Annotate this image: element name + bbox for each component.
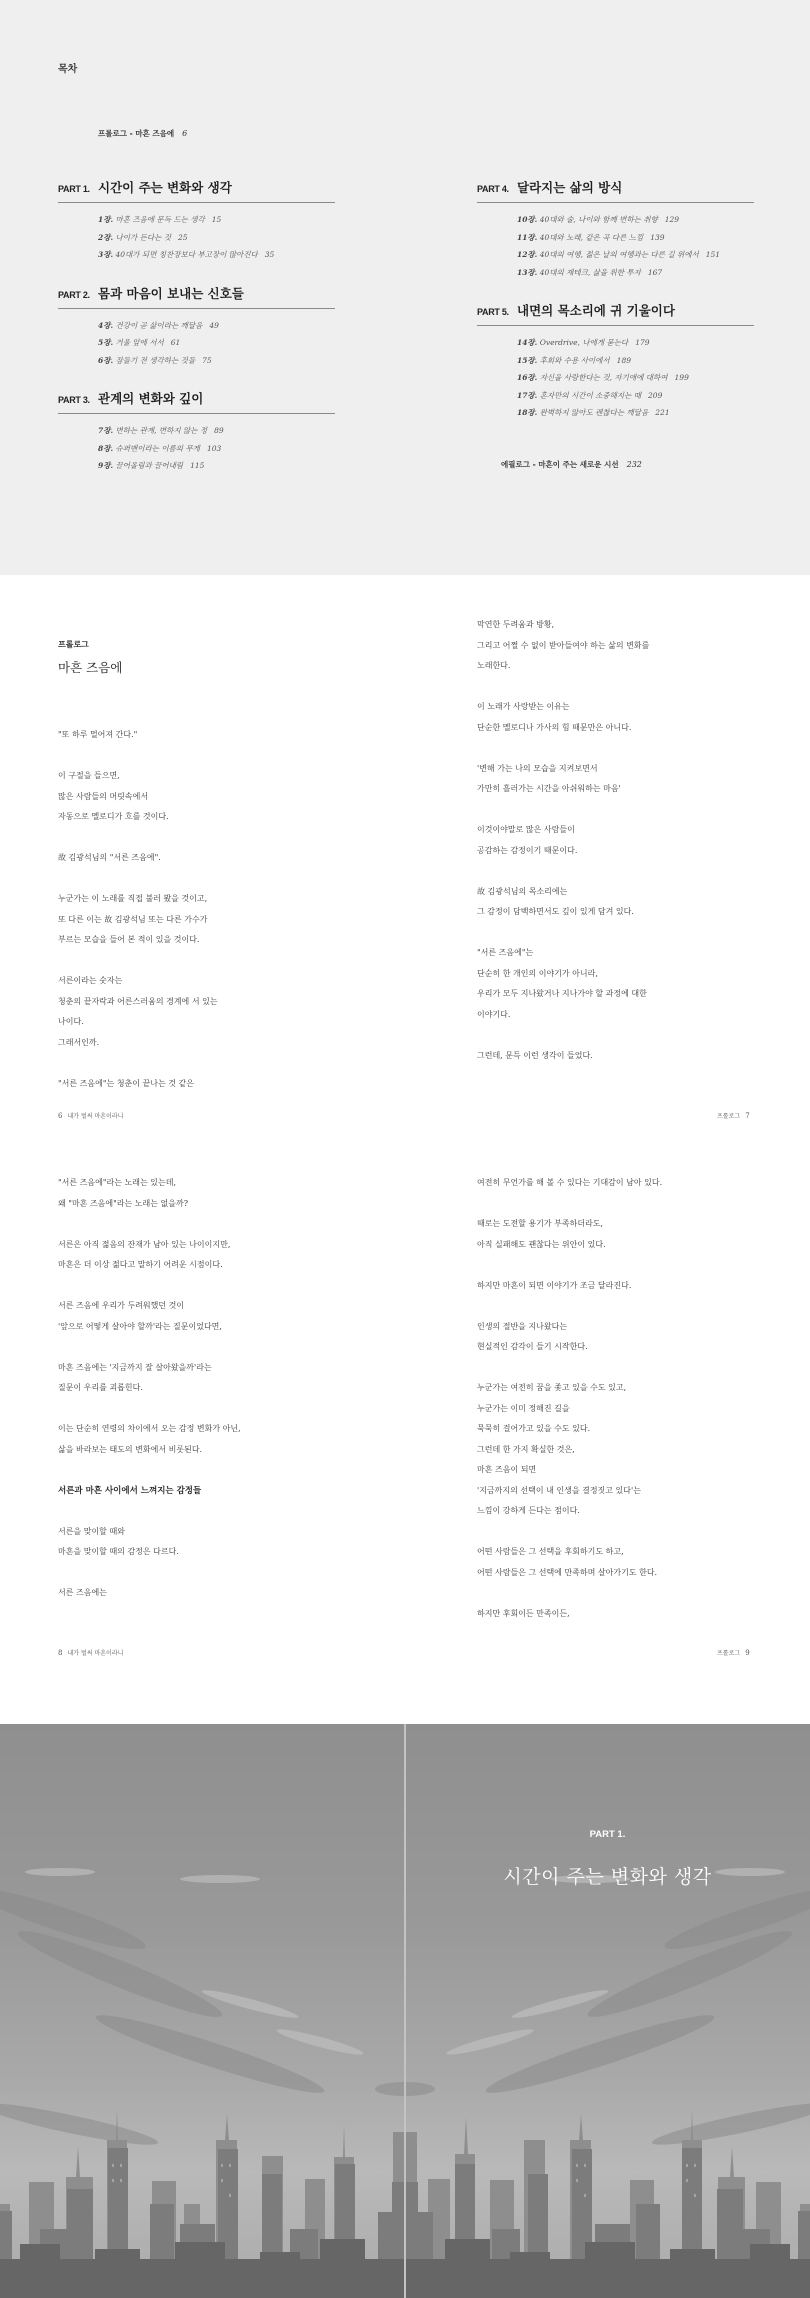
- chapter-page: 25: [178, 233, 188, 242]
- page-9: 여전히 무언가를 해 볼 수 있다는 기대감이 남아 있다. 때로는 도전할 용…: [405, 1158, 810, 1724]
- text-line: '지금까지의 선택이 내 인생을 결정짓고 있다'는: [477, 1481, 777, 1502]
- text-line: 자동으로 멜로디가 흐를 것이다.: [58, 807, 358, 828]
- text-line: 어떤 사람들은 그 선택을 후회하기도 하고,: [477, 1542, 777, 1563]
- toc-chapter-5[interactable]: 5장. 거울 앞에 서서61: [98, 334, 335, 352]
- chapter-number: 8장.: [98, 444, 113, 453]
- prologue-title: 마흔 즈음에: [58, 658, 122, 676]
- paragraph: 서른 즈음에 우리가 두려워했던 것이 '앞으로 어떻게 살아야 할까'라는 질…: [58, 1296, 358, 1337]
- part-heading[interactable]: PART 4. 달라지는 삶의 방식: [477, 178, 754, 203]
- text-line: 마흔 즈음에는 '지금까지 잘 살아왔을까'라는: [58, 1358, 358, 1379]
- text-line: 막연한 두려움과 방황,: [477, 615, 777, 636]
- text-line: 우리가 모두 지나왔거나 지나가야 할 과정에 대한: [477, 984, 777, 1005]
- text-line: 서른은 아직 젊음의 잔재가 남아 있는 나이이지만,: [58, 1235, 358, 1256]
- chapter-page: 49: [209, 321, 219, 330]
- text-line: 현실적인 감각이 들기 시작한다.: [477, 1337, 777, 1358]
- chapter-title: 40대의 재테크, 삶을 위한 투자: [540, 268, 641, 277]
- chapter-number: 18장.: [517, 408, 537, 417]
- toc-part-4: PART 4. 달라지는 삶의 방식 10장. 40대와 술, 나이와 함께 변…: [477, 178, 754, 281]
- chapter-page: 139: [650, 233, 664, 242]
- text-line: 이는 단순히 연령의 차이에서 오는 감정 변화가 아닌,: [58, 1419, 358, 1440]
- part-label: PART 1.: [58, 184, 98, 194]
- chapter-title: 잠들기 전 생각하는 것들: [115, 356, 195, 365]
- toc-prologue-entry[interactable]: 프롤로그 - 마흔 즈음에6: [98, 128, 187, 139]
- toc-part-2: PART 2. 몸과 마음이 보내는 신호들 4장. 건강이 곧 삶이라는 깨달…: [58, 284, 335, 370]
- paragraph: "서른 즈음에"는 단순히 한 개인의 이야기가 아니라, 우리가 모두 지나왔…: [477, 943, 777, 1025]
- text-line: 하지만 후회이든 만족이든,: [477, 1604, 777, 1625]
- running-title: 내가 벌써 마흔이라니: [67, 1650, 123, 1657]
- chapter-page: 35: [265, 250, 275, 259]
- chapter-number: 5장.: [98, 338, 113, 347]
- page-number: 7: [745, 1112, 749, 1120]
- running-title: 내가 벌써 마흔이라니: [67, 1113, 123, 1120]
- page-number: 6: [58, 1112, 62, 1120]
- chapter-number: 6장.: [98, 356, 113, 365]
- chapter-number: 17장.: [517, 391, 537, 400]
- text-line: 그런데 한 가지 확실한 것은,: [477, 1440, 777, 1461]
- paragraph: 누군가는 여전히 꿈을 좇고 있을 수도 있고, 누군가는 이미 정해진 길을 …: [477, 1378, 777, 1522]
- text-line: 삶을 바라보는 태도의 변화에서 비롯된다.: [58, 1440, 358, 1461]
- paragraph: 이것이야말로 많은 사람들이 공감하는 감정이기 때문이다.: [477, 820, 777, 861]
- page-6: 프롤로그 마흔 즈음에 "또 하루 멀어져 간다." 이 구절을 들으면, 많은…: [0, 575, 405, 1158]
- text-line: 그래서인까.: [58, 1033, 358, 1054]
- text-line: 공감하는 감정이기 때문이다.: [477, 841, 777, 862]
- chapter-number: 16장.: [517, 373, 537, 382]
- toc-epilogue-label: 에필로그 - 마흔이 주는 새로운 시선: [501, 460, 619, 469]
- toc-part-3: PART 3. 관계의 변화와 깊이 7장. 변하는 관계, 변하지 않는 정8…: [58, 389, 335, 475]
- chapter-title: 자신을 사랑한다는 것, 자기애에 대하여: [540, 373, 668, 382]
- paragraph: 여전히 무언가를 해 볼 수 있다는 기대감이 남아 있다.: [477, 1173, 777, 1194]
- chapter-number: 14장.: [517, 338, 537, 347]
- chapter-title: 변하는 관계, 변하지 않는 정: [115, 426, 207, 435]
- toc-part-5: PART 5. 내면의 목소리에 귀 기울이다 14장. Overdrive, …: [477, 301, 754, 422]
- chapter-list: 10장. 40대와 술, 나이와 함께 변하는 취향129 11장. 40대와 …: [477, 203, 754, 281]
- part-label: PART 2.: [58, 290, 98, 300]
- chapter-title: 슈퍼맨이라는 이름의 무게: [115, 444, 199, 453]
- part-opener-title: 시간이 주는 변화와 생각: [405, 1862, 810, 1889]
- paragraph: 하지만 후회이든 만족이든,: [477, 1604, 777, 1625]
- chapter-number: 10장.: [517, 215, 537, 224]
- spread-pages-6-7: 프롤로그 마흔 즈음에 "또 하루 멀어져 간다." 이 구절을 들으면, 많은…: [0, 575, 810, 1158]
- text-line: 어떤 사람들은 그 선택에 만족하며 살아가기도 한다.: [477, 1563, 777, 1584]
- chapter-number: 9장.: [98, 461, 113, 470]
- page-gutter: [404, 1724, 406, 2298]
- text-line: 이 구절을 들으면,: [58, 766, 358, 787]
- toc-column-right: PART 4. 달라지는 삶의 방식 10장. 40대와 술, 나이와 함께 변…: [477, 178, 754, 442]
- chapter-number: 2장.: [98, 233, 113, 242]
- page-footer: 8내가 벌써 마흔이라니: [58, 1648, 123, 1657]
- paragraph: 막연한 두려움과 방황, 그리고 어쩔 수 없이 받아들여야 하는 삶의 변화를…: [477, 615, 777, 677]
- text-line: 노래한다.: [477, 656, 777, 677]
- text-line: 마흔 즈음이 되면: [477, 1460, 777, 1481]
- paragraph: 누군가는 이 노래를 직접 불러 봤을 것이고, 또 다른 이는 故 김광석님 …: [58, 889, 358, 951]
- toc-chapter-4[interactable]: 4장. 건강이 곧 삶이라는 깨달음49: [98, 317, 335, 335]
- text-line: 서른 즈음에 우리가 두려워했던 것이: [58, 1296, 358, 1317]
- page-number: 8: [58, 1649, 62, 1657]
- page-footer: 프롤로그7: [717, 1111, 750, 1120]
- paragraph: 서른이라는 숫자는 청춘의 끝자락과 어른스러움의 경계에 서 있는 나이다. …: [58, 971, 358, 1053]
- toc-column-left: PART 1. 시간이 주는 변화와 생각 1장. 마흔 즈음에 문득 드는 생…: [58, 178, 335, 495]
- chapter-list: 7장. 변하는 관계, 변하지 않는 정89 8장. 슈퍼맨이라는 이름의 무게…: [58, 414, 335, 475]
- toc-chapter-14[interactable]: 14장. Overdrive, 나에게 묻는다179: [517, 334, 754, 352]
- part-heading[interactable]: PART 5. 내면의 목소리에 귀 기울이다: [477, 301, 754, 326]
- toc-part-1: PART 1. 시간이 주는 변화와 생각 1장. 마흔 즈음에 문득 드는 생…: [58, 178, 335, 264]
- chapter-page: 61: [171, 338, 181, 347]
- toc-chapter-2[interactable]: 2장. 나이가 든다는 것25: [98, 229, 335, 247]
- chapter-page: 179: [635, 338, 649, 347]
- toc-chapter-1[interactable]: 1장. 마흔 즈음에 문득 드는 생각15: [98, 211, 335, 229]
- part-title: 내면의 목소리에 귀 기울이다: [517, 301, 675, 319]
- toc-chapter-9[interactable]: 9장. 끌어올림과 끌어내림115: [98, 457, 335, 475]
- toc-chapter-12[interactable]: 12장. 40대의 여행, 젊은 날의 여행과는 다른 길 위에서151: [517, 246, 754, 264]
- chapter-number: 4장.: [98, 321, 113, 330]
- text-line: 때로는 도전할 용기가 부족하더라도,: [477, 1214, 777, 1235]
- text-line: 故 김광석님의 목소리에는: [477, 882, 777, 903]
- part-opener-label: PART 1.: [405, 1829, 810, 1840]
- paragraph: 어떤 사람들은 그 선택을 후회하기도 하고, 어떤 사람들은 그 선택에 만족…: [477, 1542, 777, 1583]
- text-line: 이것이야말로 많은 사람들이: [477, 820, 777, 841]
- part-label: PART 4.: [477, 184, 517, 194]
- paragraph: 인생의 절반을 지나왔다는 현실적인 감각이 들기 시작한다.: [477, 1317, 777, 1358]
- toc-epilogue-page: 232: [627, 460, 642, 469]
- running-title: 프롤로그: [717, 1650, 740, 1657]
- page-6-body: "또 하루 멀어져 간다." 이 구절을 들으면, 많은 사람들의 머릿속에서 …: [58, 725, 358, 1094]
- toc-chapter-16[interactable]: 16장. 자신을 사랑한다는 것, 자기애에 대하여199: [517, 369, 754, 387]
- toc-chapter-3[interactable]: 3장. 40대가 되면 칭찬장보다 부고장이 많아진다35: [98, 246, 335, 264]
- page-8-body: "서른 즈음에"라는 노래는 있는데, 왜 "마흔 즈음에"라는 노래는 없을까…: [58, 1173, 358, 1604]
- paragraph: "서른 즈음에"라는 노래는 있는데, 왜 "마흔 즈음에"라는 노래는 없을까…: [58, 1173, 358, 1214]
- text-line: 그런데, 문득 이런 생각이 들었다.: [477, 1046, 777, 1067]
- page-footer: 6내가 벌써 마흔이라니: [58, 1111, 123, 1120]
- text-line: 그리고 어쩔 수 없이 받아들여야 하는 삶의 변화를: [477, 636, 777, 657]
- text-line: 하지만 마흔이 되면 이야기가 조금 달라진다.: [477, 1276, 777, 1297]
- part-label: PART 5.: [477, 307, 517, 317]
- part-heading[interactable]: PART 2. 몸과 마음이 보내는 신호들: [58, 284, 335, 309]
- paragraph: 마흔 즈음에는 '지금까지 잘 살아왔을까'라는 질문이 우리를 괴롭힌다.: [58, 1358, 358, 1399]
- chapter-title: Overdrive, 나에게 묻는다: [540, 338, 629, 347]
- chapter-page: 89: [214, 426, 224, 435]
- text-line: 여전히 무언가를 해 볼 수 있다는 기대감이 남아 있다.: [477, 1173, 777, 1194]
- text-line: 누군가는 이미 정해진 길을: [477, 1399, 777, 1420]
- spread-pages-8-9: "서른 즈음에"라는 노래는 있는데, 왜 "마흔 즈음에"라는 노래는 없을까…: [0, 1158, 810, 1724]
- chapter-number: 3장.: [98, 250, 113, 259]
- chapter-number: 1장.: [98, 215, 113, 224]
- chapter-title: 마흔 즈음에 문득 드는 생각: [115, 215, 204, 224]
- chapter-title: 끌어올림과 끌어내림: [115, 461, 183, 470]
- toc-chapter-13[interactable]: 13장. 40대의 재테크, 삶을 위한 투자167: [517, 264, 754, 282]
- paragraph: 그런데, 문득 이런 생각이 들었다.: [477, 1046, 777, 1067]
- part-title: 달라지는 삶의 방식: [517, 178, 622, 196]
- text-line: 많은 사람들의 머릿속에서: [58, 787, 358, 808]
- text-line: 인생의 절반을 지나왔다는: [477, 1317, 777, 1338]
- text-line: 아직 실패해도 괜찮다는 위안이 있다.: [477, 1235, 777, 1256]
- part-title: 시간이 주는 변화와 생각: [98, 178, 232, 196]
- chapter-title: 나이가 든다는 것: [115, 233, 170, 242]
- chapter-title: 후회와 수용 사이에서: [540, 356, 610, 365]
- paragraph: 이는 단순히 연령의 차이에서 오는 감정 변화가 아닌, 삶을 바라보는 태도…: [58, 1419, 358, 1460]
- text-line: 단순한 멜로디나 가사의 힘 때문만은 아니다.: [477, 718, 777, 739]
- page-8: "서른 즈음에"라는 노래는 있는데, 왜 "마흔 즈음에"라는 노래는 없을까…: [0, 1158, 405, 1724]
- chapter-page: 209: [648, 391, 662, 400]
- text-line: 왜 "마흔 즈음에"라는 노래는 없을까?: [58, 1194, 358, 1215]
- paragraph: 하지만 마흔이 되면 이야기가 조금 달라진다.: [477, 1276, 777, 1297]
- chapter-list: 4장. 건강이 곧 삶이라는 깨달음49 5장. 거울 앞에 서서61 6장. …: [58, 309, 335, 370]
- text-line: "서른 즈음에"는 청춘이 끝나는 것 같은: [58, 1074, 358, 1095]
- text-line: 느낌이 강하게 든다는 점이다.: [477, 1501, 777, 1522]
- part-title: 관계의 변화와 깊이: [98, 389, 203, 407]
- chapter-title: 40대의 여행, 젊은 날의 여행과는 다른 길 위에서: [540, 250, 699, 259]
- toc-chapter-17[interactable]: 17장. 혼자만의 시간이 소중해지는 때209: [517, 387, 754, 405]
- toc-chapter-7[interactable]: 7장. 변하는 관계, 변하지 않는 정89: [98, 422, 335, 440]
- chapter-page: 75: [202, 356, 212, 365]
- text-line: 단순히 한 개인의 이야기가 아니라,: [477, 964, 777, 985]
- chapter-number: 11장.: [517, 233, 537, 242]
- text-line: "서른 즈음에"라는 노래는 있는데,: [58, 1173, 358, 1194]
- chapter-title: 혼자만의 시간이 소중해지는 때: [540, 391, 641, 400]
- paragraph: 故 김광석님의 목소리에는 그 감정이 담백하면서도 깊이 있게 담겨 있다.: [477, 882, 777, 923]
- chapter-page: 129: [665, 215, 679, 224]
- text-line: 나이다.: [58, 1012, 358, 1033]
- chapter-page: 221: [655, 408, 669, 417]
- page-7-body: 막연한 두려움과 방황, 그리고 어쩔 수 없이 받아들여야 하는 삶의 변화를…: [477, 615, 777, 1066]
- paragraph: "또 하루 멀어져 간다.": [58, 725, 358, 746]
- toc-title: 목차: [58, 60, 77, 75]
- text-line: 마흔은 더 이상 젊다고 말하기 어려운 시점이다.: [58, 1255, 358, 1276]
- page-9-body: 여전히 무언가를 해 볼 수 있다는 기대감이 남아 있다. 때로는 도전할 용…: [477, 1173, 777, 1624]
- chapter-list: 14장. Overdrive, 나에게 묻는다179 15장. 후회와 수용 사…: [477, 326, 754, 422]
- text-line: 누군가는 여전히 꿈을 좇고 있을 수도 있고,: [477, 1378, 777, 1399]
- chapter-page: 167: [648, 268, 662, 277]
- part-title: 몸과 마음이 보내는 신호들: [98, 284, 244, 302]
- text-line: 서른 즈음에는: [58, 1583, 358, 1604]
- chapter-page: 103: [207, 444, 221, 453]
- text-line: 서른을 맞이할 때와: [58, 1522, 358, 1543]
- text-line: 그 감정이 담백하면서도 깊이 있게 담겨 있다.: [477, 902, 777, 923]
- paragraph: 때로는 도전할 용기가 부족하더라도, 아직 실패해도 괜찮다는 위안이 있다.: [477, 1214, 777, 1255]
- text-line: 청춘의 끝자락과 어른스러움의 경계에 서 있는: [58, 992, 358, 1013]
- running-title: 프롤로그: [717, 1113, 740, 1120]
- spread-part-1-opener: PART 1. 시간이 주는 변화와 생각: [0, 1724, 810, 2298]
- chapter-title: 40대와 술, 나이와 함께 변하는 취향: [540, 215, 658, 224]
- chapter-page: 151: [706, 250, 720, 259]
- toc-chapter-10[interactable]: 10장. 40대와 술, 나이와 함께 변하는 취향129: [517, 211, 754, 229]
- text-line: 이 노래가 사랑받는 이유는: [477, 697, 777, 718]
- chapter-page: 199: [675, 373, 689, 382]
- text-line: 누군가는 이 노래를 직접 불러 봤을 것이고,: [58, 889, 358, 910]
- toc-prologue-label: 프롤로그 - 마흔 즈음에: [98, 129, 174, 138]
- paragraph: "서른 즈음에"는 청춘이 끝나는 것 같은: [58, 1074, 358, 1095]
- chapter-list: 1장. 마흔 즈음에 문득 드는 생각15 2장. 나이가 든다는 것25 3장…: [58, 203, 335, 264]
- page-7: 막연한 두려움과 방황, 그리고 어쩔 수 없이 받아들여야 하는 삶의 변화를…: [405, 575, 810, 1158]
- chapter-page: 115: [190, 461, 204, 470]
- toc-epilogue-entry[interactable]: 에필로그 - 마흔이 주는 새로운 시선232: [501, 459, 642, 470]
- text-line: 이야기다.: [477, 1005, 777, 1026]
- text-line: '변해 가는 나의 모습을 지켜보면서: [477, 759, 777, 780]
- chapter-title: 40대가 되면 칭찬장보다 부고장이 많아진다: [115, 250, 257, 259]
- paragraph: '변해 가는 나의 모습을 지켜보면서 가만히 흘러가는 시간을 아쉬워하는 마…: [477, 759, 777, 800]
- toc-chapter-6[interactable]: 6장. 잠들기 전 생각하는 것들75: [98, 352, 335, 370]
- chapter-page: 189: [617, 356, 631, 365]
- chapter-number: 7장.: [98, 426, 113, 435]
- toc-chapter-18[interactable]: 18장. 완벽하지 않아도 괜찮다는 깨달음221: [517, 404, 754, 422]
- text-line: 또 다른 이는 故 김광석님 또는 다른 가수가: [58, 910, 358, 931]
- toc-spread: 목차 프롤로그 - 마흔 즈음에6 PART 1. 시간이 주는 변화와 생각 …: [0, 0, 810, 575]
- page-number: 9: [745, 1649, 749, 1657]
- part-heading[interactable]: PART 1. 시간이 주는 변화와 생각: [58, 178, 335, 203]
- text-line: 질문이 우리를 괴롭힌다.: [58, 1378, 358, 1399]
- text-line: '앞으로 어떻게 살아야 할까'라는 질문이었다면,: [58, 1317, 358, 1338]
- toc-prologue-page: 6: [182, 129, 187, 138]
- chapter-title: 거울 앞에 서서: [115, 338, 163, 347]
- text-line: 가만히 흘러가는 시간을 아쉬워하는 마음': [477, 779, 777, 800]
- paragraph: 서른 즈음에는: [58, 1583, 358, 1604]
- text-line: 故 김광석님의 "서른 즈음에".: [58, 848, 358, 869]
- chapter-title: 완벽하지 않아도 괜찮다는 깨달음: [540, 408, 649, 417]
- toc-chapter-11[interactable]: 11장. 40대와 노래, 같은 곡 다른 느낌139: [517, 229, 754, 247]
- toc-chapter-8[interactable]: 8장. 슈퍼맨이라는 이름의 무게103: [98, 440, 335, 458]
- section-subheading: 서른과 마흔 사이에서 느껴지는 감정들: [58, 1481, 358, 1502]
- chapter-number: 15장.: [517, 356, 537, 365]
- chapter-number: 12장.: [517, 250, 537, 259]
- paragraph: 서른은 아직 젊음의 잔재가 남아 있는 나이이지만, 마흔은 더 이상 젊다고…: [58, 1235, 358, 1276]
- chapter-title: 40대와 노래, 같은 곡 다른 느낌: [540, 233, 644, 242]
- chapter-number: 13장.: [517, 268, 537, 277]
- paragraph: 서른을 맞이할 때와 마흔을 맞이할 때의 감정은 다르다.: [58, 1522, 358, 1563]
- part-label: PART 3.: [58, 395, 98, 405]
- text-line: 묵묵히 걸어가고 있을 수도 있다.: [477, 1419, 777, 1440]
- toc-chapter-15[interactable]: 15장. 후회와 수용 사이에서189: [517, 352, 754, 370]
- text-line: "또 하루 멀어져 간다.": [58, 725, 358, 746]
- chapter-title: 건강이 곧 삶이라는 깨달음: [115, 321, 202, 330]
- part-heading[interactable]: PART 3. 관계의 변화와 깊이: [58, 389, 335, 414]
- paragraph: 이 노래가 사랑받는 이유는 단순한 멜로디나 가사의 힘 때문만은 아니다.: [477, 697, 777, 738]
- text-line: 부르는 모습을 들어 본 적이 있을 것이다.: [58, 930, 358, 951]
- text-line: "서른 즈음에"는: [477, 943, 777, 964]
- text-line: 서른이라는 숫자는: [58, 971, 358, 992]
- chapter-page: 15: [212, 215, 222, 224]
- page-footer: 프롤로그9: [717, 1648, 750, 1657]
- prologue-kicker: 프롤로그: [58, 639, 89, 650]
- paragraph: 故 김광석님의 "서른 즈음에".: [58, 848, 358, 869]
- paragraph: 이 구절을 들으면, 많은 사람들의 머릿속에서 자동으로 멜로디가 흐를 것이…: [58, 766, 358, 828]
- text-line: 마흔을 맞이할 때의 감정은 다르다.: [58, 1542, 358, 1563]
